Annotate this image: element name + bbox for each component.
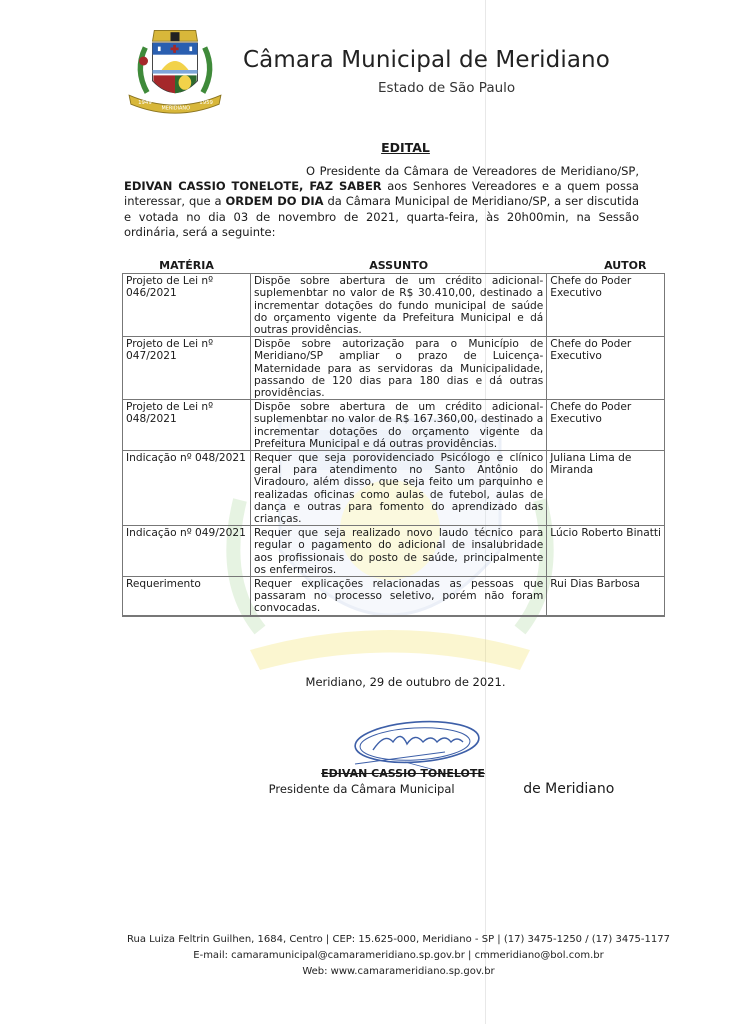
table-row: Projeto de Lei nº 047/2021 Dispõe sobre … [123,337,665,400]
svg-text:MERIDIANO: MERIDIANO [162,106,191,112]
footer-address: Rua Luiza Feltrin Guilhen, 1684, Centro … [44,932,753,948]
cell-autor: Rui Dias Barbosa [547,577,665,616]
cell-materia: Projeto de Lei nº 048/2021 [123,400,251,451]
column-header-assunto: ASSUNTO [251,260,547,274]
svg-text:1959: 1959 [199,100,213,106]
handwritten-signature-icon [345,712,485,774]
cell-autor: Juliana Lima de Miranda [547,451,665,526]
ordem-do-dia-label: ORDEM DO DIA [226,194,324,208]
cell-autor: Chefe do Poder Executivo [547,274,665,337]
table-row: Projeto de Lei nº 046/2021 Dispõe sobre … [123,274,665,337]
cell-materia: Requerimento [123,577,251,616]
footer-website: Web: www.camarameridiano.sp.gov.br [44,964,753,980]
president-name: EDIVAN CASSIO TONELOTE, FAZ SABER [124,179,382,193]
footer-contact: Rua Luiza Feltrin Guilhen, 1684, Centro … [0,932,753,980]
signer-role: Presidente da Câmara Municipal de Meridi… [0,781,753,797]
cell-assunto: Requer explicações relacionadas as pesso… [251,577,547,616]
footer-email: E-mail: camaramunicipal@camarameridiano.… [44,948,753,964]
place-and-date: Meridiano, 29 de outubro de 2021. [0,675,753,689]
document-heading: EDITAL [0,140,753,155]
cell-materia: Projeto de Lei nº 047/2021 [123,337,251,400]
intro-paragraph: O Presidente da Câmara de Vereadores de … [124,164,639,240]
institution-title: Câmara Municipal de Meridiano [243,47,610,73]
institution-subtitle: Estado de São Paulo [378,80,515,96]
letterhead: 1949 MERIDIANO 1959 Câmara Municipal de … [125,25,685,115]
cell-materia: Projeto de Lei nº 046/2021 [123,274,251,337]
column-header-autor: AUTOR [547,260,665,274]
cell-autor: Lúcio Roberto Binatti [547,526,665,577]
cell-autor: Chefe do Poder Executivo [547,337,665,400]
column-header-materia: MATÉRIA [123,260,251,274]
cell-assunto: Requer que seja realizado novo laudo téc… [251,526,547,577]
cell-materia: Indicação nº 048/2021 [123,451,251,526]
table-row: Indicação nº 048/2021 Requer que seja po… [123,451,665,526]
agenda-table: MATÉRIA ASSUNTO AUTOR Projeto de Lei nº … [122,260,665,617]
cell-materia: Indicação nº 049/2021 [123,526,251,577]
table-row: Requerimento Requer explicações relacion… [123,577,665,616]
signer-name: EDIVAN CASSIO TONELOTE [0,767,753,780]
cell-assunto: Dispõe sobre abertura de um crédito adic… [251,400,547,451]
coat-of-arms-icon: 1949 MERIDIANO 1959 [125,25,225,115]
table-row: Indicação nº 049/2021 Requer que seja re… [123,526,665,577]
cell-assunto: Requer que seja porovidenciado Psicólogo… [251,451,547,526]
cell-assunto: Dispõe sobre autorização para o Municípi… [251,337,547,400]
svg-text:1949: 1949 [138,100,152,106]
table-row: Projeto de Lei nº 048/2021 Dispõe sobre … [123,400,665,451]
cell-autor: Chefe do Poder Executivo [547,400,665,451]
table-header-row: MATÉRIA ASSUNTO AUTOR [123,260,665,274]
cell-assunto: Dispõe sobre abertura de um crédito adic… [251,274,547,337]
